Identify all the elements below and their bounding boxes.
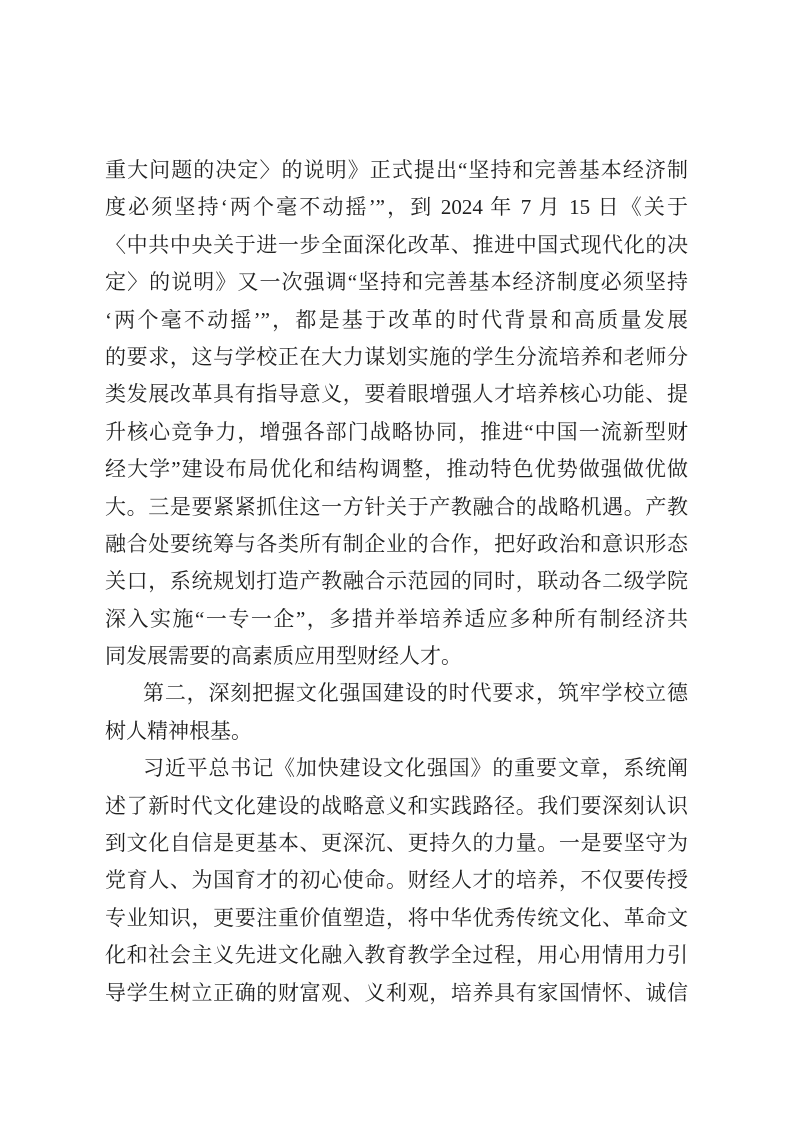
text-line: 定〉的说明》又一次强调“坚持和完善基本经济制度必须坚持 bbox=[105, 264, 688, 301]
text-line: 党育人、为国育才的初心使命。财经人才的培养，不仅要传授 bbox=[105, 862, 688, 899]
text-line: 经大学”建设布局优化和结构调整，推动特色优势做强做优做 bbox=[105, 451, 688, 488]
text-line: 的要求，这与学校正在大力谋划实施的学生分流培养和老师分 bbox=[105, 339, 688, 376]
text-line: 关口，系统规划打造产教融合示范园的同时，联动各二级学院 bbox=[105, 563, 688, 600]
document-page: 重大问题的决定〉的说明》正式提出“坚持和完善基本经济制 度必须坚持‘两个毫不动摇… bbox=[0, 0, 793, 1122]
text-line: 专业知识，更要注重价值塑造，将中华优秀传统文化、革命文 bbox=[105, 900, 688, 937]
text-line: 大。三是要紧紧抓住这一方针关于产教融合的战略机遇。产教 bbox=[105, 489, 688, 526]
text-line: 深入实施“一专一企”，多措并举培养适应多种所有制经济共 bbox=[105, 601, 688, 638]
text-line: 融合处要统筹与各类所有制企业的合作，把好政治和意识形态 bbox=[105, 526, 688, 563]
text-line: 重大问题的决定〉的说明》正式提出“坚持和完善基本经济制 bbox=[105, 152, 688, 189]
document-text-block: 重大问题的决定〉的说明》正式提出“坚持和完善基本经济制 度必须坚持‘两个毫不动摇… bbox=[105, 152, 688, 1012]
text-line: 〈中共中央关于进一步全面深化改革、推进中国式现代化的决 bbox=[105, 227, 688, 264]
text-line: 述了新时代文化建设的战略意义和实践路径。我们要深刻认识 bbox=[105, 788, 688, 825]
text-line: 度必须坚持‘两个毫不动摇’”，到 2024 年 7 月 15 日《关于 bbox=[105, 189, 688, 226]
text-line: 导学生树立正确的财富观、义利观，培养具有家国情怀、诚信 bbox=[105, 975, 688, 1012]
text-line-paragraph-end: 树人精神根基。 bbox=[105, 713, 688, 750]
text-line-paragraph-end: 同发展需要的高素质应用型财经人才。 bbox=[105, 638, 688, 675]
text-line-paragraph-start: 第二，深刻把握文化强国建设的时代要求，筑牢学校立德 bbox=[105, 675, 688, 712]
text-line: 升核心竞争力，增强各部门战略协同，推进“中国一流新型财 bbox=[105, 414, 688, 451]
text-line-paragraph-start: 习近平总书记《加快建设文化强国》的重要文章，系统阐 bbox=[105, 750, 688, 787]
text-line: 类发展改革具有指导意义，要着眼增强人才培养核心功能、提 bbox=[105, 376, 688, 413]
text-line: 化和社会主义先进文化融入教育教学全过程，用心用情用力引 bbox=[105, 937, 688, 974]
text-line: 到文化自信是更基本、更深沉、更持久的力量。一是要坚守为 bbox=[105, 825, 688, 862]
text-line: ‘两个毫不动摇’”，都是基于改革的时代背景和高质量发展 bbox=[105, 302, 688, 339]
